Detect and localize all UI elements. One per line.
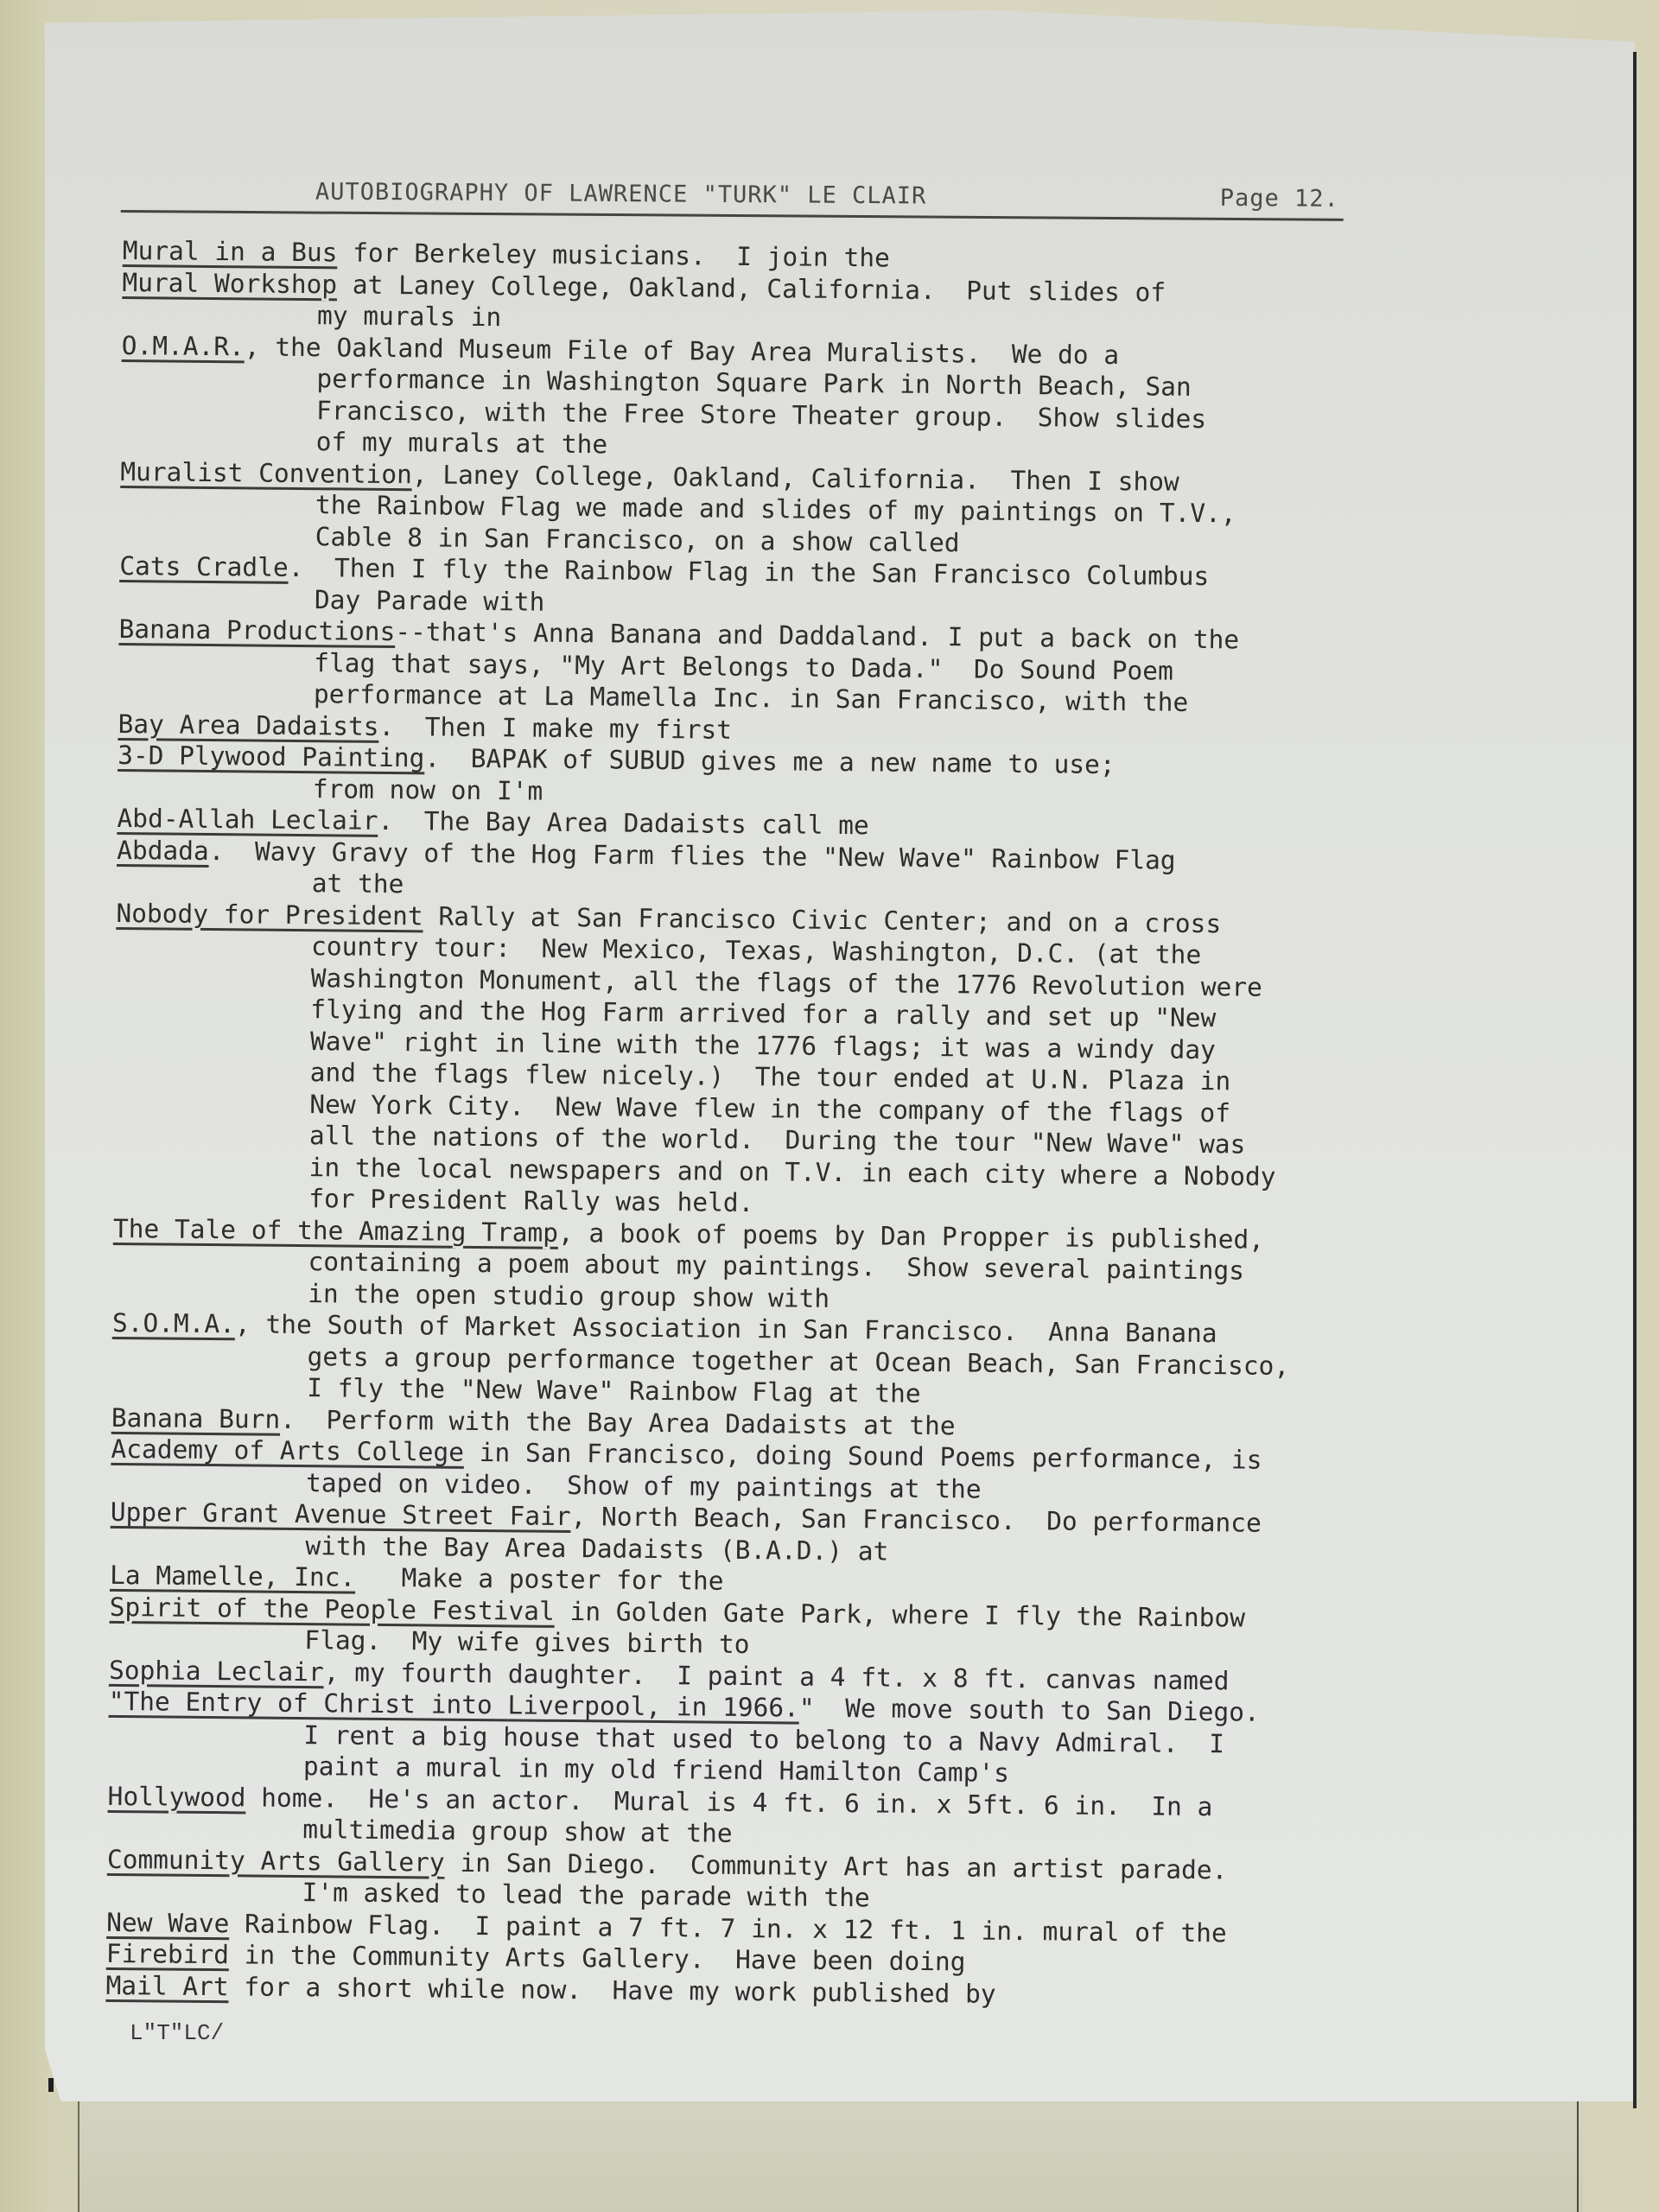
underlined-title: Community Arts Gallery bbox=[107, 1844, 445, 1877]
text-segment: at the bbox=[312, 868, 404, 899]
text-segment: Day Parade with bbox=[315, 585, 545, 617]
underlined-title: "The Entry of Christ into Liverpool, in … bbox=[109, 1687, 800, 1723]
text-segment: . BAPAK of SUBUD gives me a new name to … bbox=[424, 743, 1116, 779]
document-body: Mural in a Bus for Berkeley musicians. I… bbox=[105, 235, 1557, 2015]
underlined-title: New Wave bbox=[106, 1907, 229, 1937]
text-segment: I fly the "New Wave" Rainbow Flag at the bbox=[307, 1373, 921, 1408]
text-segment: Flag. My wife gives birth to bbox=[304, 1625, 749, 1659]
page-right-edge bbox=[1633, 52, 1637, 2108]
text-segment: . The Bay Area Dadaists call me bbox=[378, 806, 869, 840]
underlined-title: S.O.M.A. bbox=[112, 1308, 235, 1338]
underlined-title: Academy of Arts College bbox=[111, 1434, 464, 1467]
text-segment: , a book of poems by Dan Propper is publ… bbox=[558, 1217, 1264, 1254]
text-segment: , North Beach, San Francisco. Do perform… bbox=[570, 1502, 1262, 1538]
underlined-title: Mural Workshop bbox=[122, 267, 337, 298]
text-segment: Cable 8 in San Francisco, on a show call… bbox=[315, 522, 960, 557]
text-segment: for a short while now. Have my work publ… bbox=[228, 1972, 995, 2009]
underlined-title: Hollywood bbox=[107, 1781, 245, 1812]
text-segment: of my murals at the bbox=[316, 427, 608, 459]
underlined-title: 3-D Plywood Painting bbox=[118, 741, 425, 772]
underlined-title: Muralist Convention bbox=[120, 456, 412, 488]
underlined-title: Nobody for President bbox=[116, 898, 423, 930]
text-segment: . Perform with the Bay Area Dadaists at … bbox=[280, 1404, 956, 1440]
underlined-title: Spirit of the People Festival bbox=[110, 1592, 555, 1625]
text-segment: taped on video. Show of my paintings at … bbox=[306, 1468, 982, 1503]
underlined-title: O.M.A.R. bbox=[122, 330, 245, 360]
text-segment: Make a poster for the bbox=[355, 1563, 724, 1596]
underlined-title: Abdada bbox=[117, 835, 209, 865]
underlined-title: Cats Cradle bbox=[119, 551, 289, 582]
text-segment: . Then I make my first bbox=[378, 711, 732, 744]
underlined-title: The Tale of the Amazing Tramp bbox=[113, 1213, 558, 1247]
text-segment: from now on I'm bbox=[313, 774, 543, 806]
page-number: Page 12. bbox=[1220, 185, 1339, 213]
text-segment: in the open studio group show with bbox=[308, 1279, 829, 1313]
underlined-title: Banana Burn bbox=[111, 1402, 281, 1433]
underlined-title: Upper Grant Avenue Street Fair bbox=[111, 1497, 571, 1531]
underlined-title: Firebird bbox=[106, 1939, 229, 1969]
document-title: AUTOBIOGRAPHY OF LAWRENCE "TURK" LE CLAI… bbox=[315, 179, 927, 210]
corner-mark bbox=[48, 2078, 54, 2092]
text-segment: for President Rally was held. bbox=[308, 1184, 753, 1217]
text-segment: in Golden Gate Park, where I fly the Rai… bbox=[555, 1596, 1246, 1632]
underlined-title: Sophia Leclair bbox=[109, 1655, 324, 1686]
underlined-title: Banana Productions bbox=[118, 614, 395, 646]
underlined-title: La Mamelle, Inc. bbox=[110, 1560, 355, 1592]
underlying-sheet bbox=[78, 2091, 1583, 2212]
signature-initials: L"T"LC/ bbox=[130, 2020, 224, 2046]
underlined-title: Mail Art bbox=[105, 1970, 228, 2000]
text-segment: paint a mural in my old friend Hamilton … bbox=[303, 1751, 1009, 1788]
text-segment: multimedia group show at the bbox=[302, 1815, 733, 1848]
underlined-title: Abd-Allah Leclair bbox=[117, 804, 378, 836]
text-segment: for Berkeley musicians. I join the bbox=[337, 238, 890, 272]
text-segment: I'm asked to lead the parade with the bbox=[302, 1878, 869, 1912]
underlying-sheet-edge bbox=[1577, 2100, 1579, 2212]
underlined-title: Mural in a Bus bbox=[123, 236, 338, 267]
text-segment: " We move south to San Diego. bbox=[799, 1694, 1260, 1727]
text-segment: with the Bay Area Dadaists (B.A.D.) at bbox=[305, 1531, 888, 1566]
text-segment: my murals in bbox=[317, 301, 501, 332]
underlined-title: Bay Area Dadaists bbox=[118, 709, 378, 741]
